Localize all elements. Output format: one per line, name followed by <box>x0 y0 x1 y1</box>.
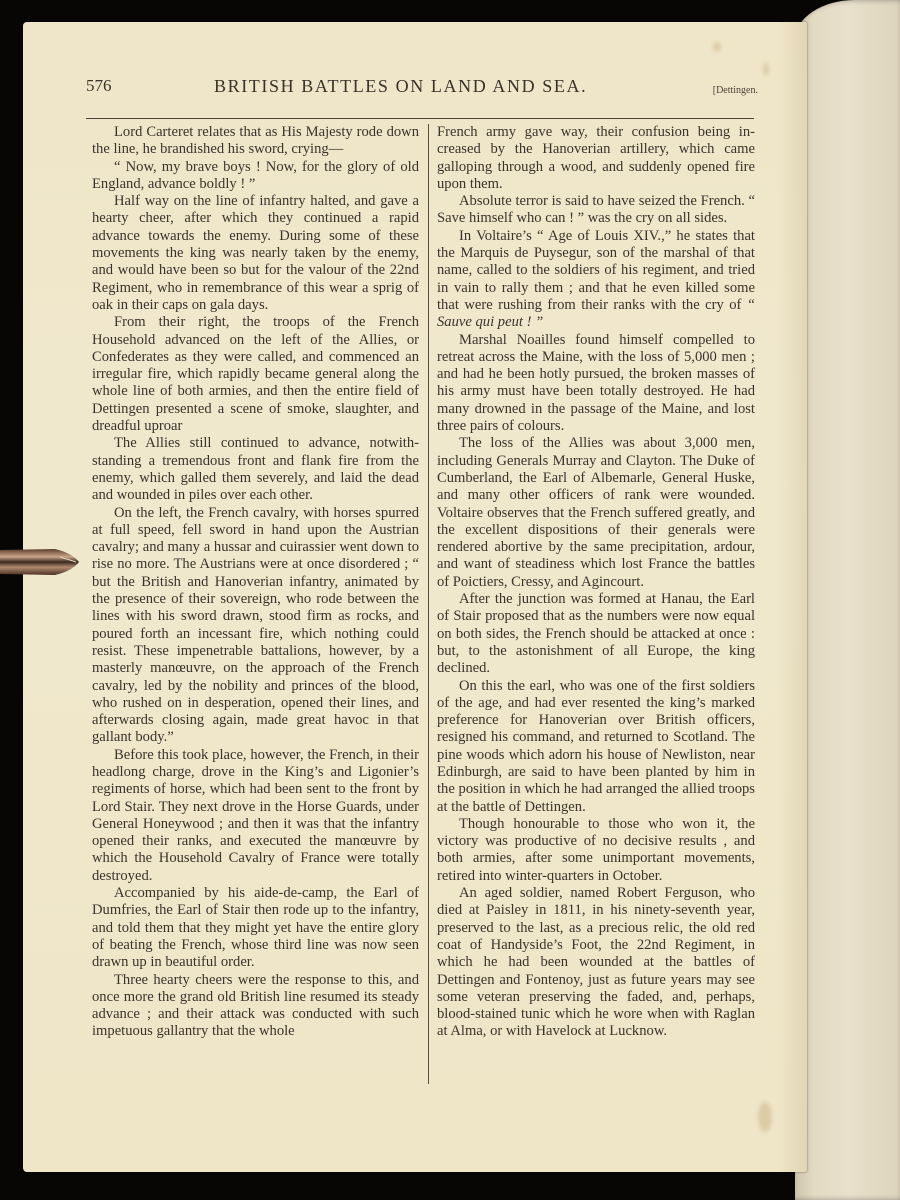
paragraph: After the junction was formed at Hanau, … <box>437 591 755 677</box>
paragraph: The loss of the Allies was about 3,000 m… <box>437 435 755 591</box>
paragraph: The Allies still continued to advance, n… <box>92 435 419 504</box>
book-photo: 576 BRITISH BATTLES ON LAND AND SEA. [De… <box>0 0 900 1200</box>
foxing-spot <box>758 1102 772 1132</box>
metal-bookmark-icon <box>0 545 80 579</box>
column-divider <box>428 124 429 1084</box>
header-rule <box>86 118 754 119</box>
paragraph-text: In Voltaire’s “ Age of Louis XIV.,” he s… <box>437 228 755 313</box>
paragraph: Accompanied by his aide-de-camp, the Ear… <box>92 885 419 971</box>
paragraph: From their right, the troops of the Fren… <box>92 314 419 435</box>
paragraph: Half way on the line of infantry halted,… <box>92 193 419 314</box>
paragraph: On the left, the French cavalry, with ho… <box>92 505 419 747</box>
paragraph: Three hearty cheers were the response to… <box>92 972 419 1041</box>
running-head: 576 BRITISH BATTLES ON LAND AND SEA. [De… <box>86 72 758 102</box>
right-column: French army gave way, their confusion be… <box>437 124 755 1041</box>
paragraph: Absolute terror is said to have seized t… <box>437 193 755 228</box>
page-number: 576 <box>86 76 112 96</box>
running-title: BRITISH BATTLES ON LAND AND SEA. <box>214 76 587 97</box>
paragraph: An aged soldier, named Robert Ferguson, … <box>437 885 755 1041</box>
paragraph-continuation: French army gave way, their confusion be… <box>437 124 755 193</box>
foxing-spot <box>763 62 769 76</box>
adjacent-page-edge <box>795 0 900 1200</box>
paragraph: On this the earl, who was one of the fir… <box>437 678 755 816</box>
paragraph: “ Now, my brave boys ! Now, for the glor… <box>92 159 419 194</box>
paragraph: Marshal Noailles found himself compelled… <box>437 332 755 436</box>
paragraph: Though honourable to those who won it, t… <box>437 816 755 885</box>
paragraph: In Voltaire’s “ Age of Louis XIV.,” he s… <box>437 228 755 332</box>
paragraph: Before this took place, however, the Fre… <box>92 747 419 885</box>
section-tag: [Dettingen. <box>713 85 758 96</box>
foxing-spot <box>713 42 721 52</box>
left-column: Lord Carteret relates that as His Majest… <box>92 124 419 1041</box>
paragraph: Lord Carteret relates that as His Majest… <box>92 124 419 159</box>
